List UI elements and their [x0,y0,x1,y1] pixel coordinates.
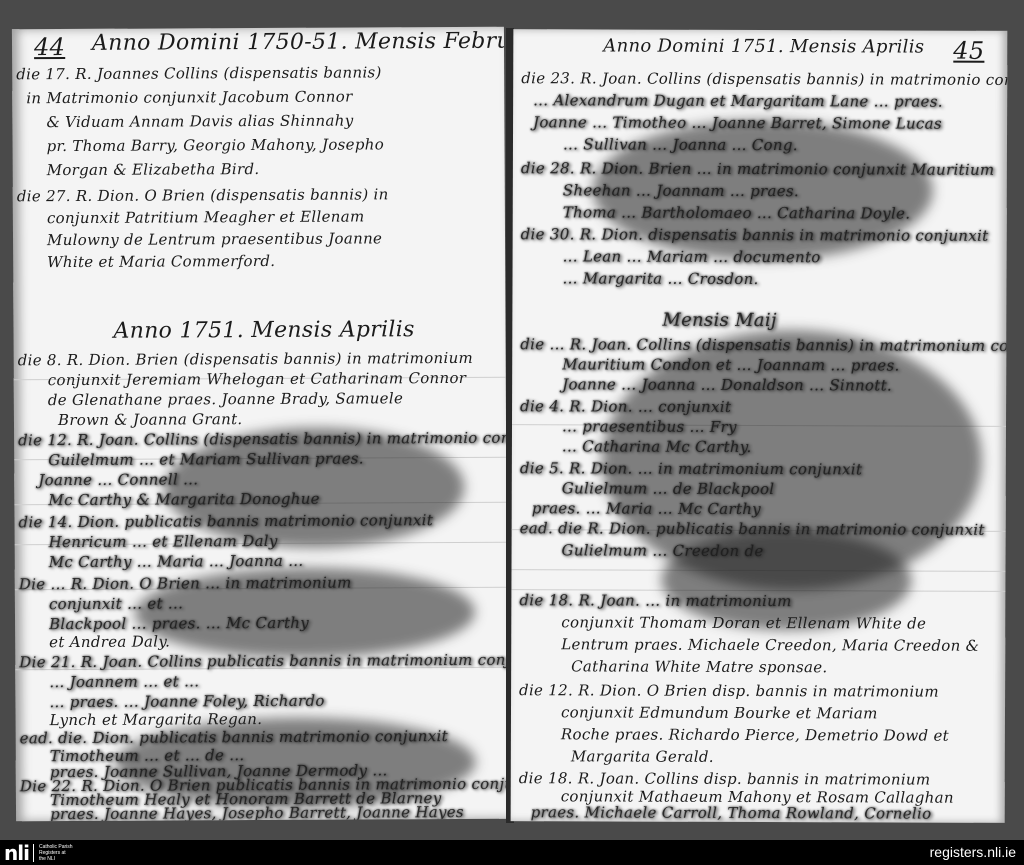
register-entry-line: die 27. R. Dion. O Brien (dispensatis ba… [17,185,389,205]
register-entry-line: Morgan & Elizabetha Bird. [47,160,260,179]
page-number: 44 [34,33,65,61]
ink-bleed [135,567,475,659]
register-entry-line: et Andrea Daly. [49,632,170,651]
register-entry-line: die 17. R. Joannes Collins (dispensatis … [16,63,382,83]
logo-caption-line: the NLI [39,856,73,862]
nli-logo[interactable]: nli Catholic Parish Registers at the NLI [4,842,73,863]
page-heading: Anno Domini 1751. Mensis Aprilis [603,35,924,57]
ink-bleed [593,119,933,260]
register-entry-line: White et Maria Commerford. [47,252,275,271]
ink-bleed [164,427,465,549]
page-heading: Anno Domini 1750-51. Mensis Februarii [92,28,508,55]
section-heading: Anno 1751. Mensis Aprilis [113,317,414,344]
register-entry-line: ... Margarita ... Crosdon. [562,269,758,288]
register-scan: 44 Anno Domini 1750-51. Mensis Februarii… [0,0,1024,840]
register-entry-line: ... Alexandrum Dugan et Margaritam Lane … [533,91,943,110]
page-number: 45 [953,37,984,65]
register-entry-line: pr. Thoma Barry, Georgio Mahony, Josepho [46,135,384,155]
register-entry-line: ... praes. ... Joanne Foley, Richardo [49,692,324,711]
register-entry-line: Lentrum praes. Michaele Creedon, Maria C… [561,635,979,654]
register-entry-line: Margarita Gerald. [571,747,714,765]
register-entry-line: conjunxit Jeremiam Whelogan et Catharina… [48,369,467,389]
register-entry-line: ... Joannem ... et ... [49,672,199,691]
register-entry-line: Brown & Joanna Grant. [58,410,243,429]
register-entry-line: & Viduam Annam Davis alias Shinnahy [46,112,353,132]
register-entry-line: in Matrimonio conjunxit Jacobum Connor [26,88,352,108]
register-entry-line: de Glenathane praes. Joanne Brady, Samue… [48,389,403,409]
register-entry-line: die 23. R. Joan. Collins (dispensatis ba… [521,69,1007,89]
section-heading: Mensis Maij [662,310,777,331]
register-entry-line: conjunxit Patritium Meagher et Ellenam [47,207,365,227]
ink-bleed [661,530,911,631]
register-entry-line: Catharina White Matre sponsae. [571,657,827,676]
register-entry-line: die 18. R. Joan. Collins disp. bannis in… [519,769,931,788]
logo-caption: Catholic Parish Registers at the NLI [39,844,73,862]
register-entry-line: die 12. R. Dion. O Brien disp. bannis in… [519,681,939,700]
right-page: Anno Domini 1751. Mensis Aprilis 45 die … [511,29,1008,823]
register-entry-line: praes. Michaele Carroll, Thoma Rowland, … [531,803,932,822]
viewer-footer: nli Catholic Parish Registers at the NLI… [0,840,1024,865]
register-entry-line: Roche praes. Richardo Pierce, Demetrio D… [561,725,949,744]
logo-divider [33,844,34,862]
left-page: 44 Anno Domini 1750-51. Mensis Februarii… [12,27,508,822]
registers-site-link[interactable]: registers.nli.ie [930,844,1016,860]
logo-caption-line: Catholic Parish [39,844,73,850]
register-entry-line: conjunxit Edmundum Bourke et Mariam [561,703,878,722]
register-entry-line: die 8. R. Dion. Brien (dispensatis banni… [18,349,473,369]
register-entry-line: Mulowny de Lentrum praesentibus Joanne [47,229,382,249]
nli-logo-mark: nli [4,843,29,863]
